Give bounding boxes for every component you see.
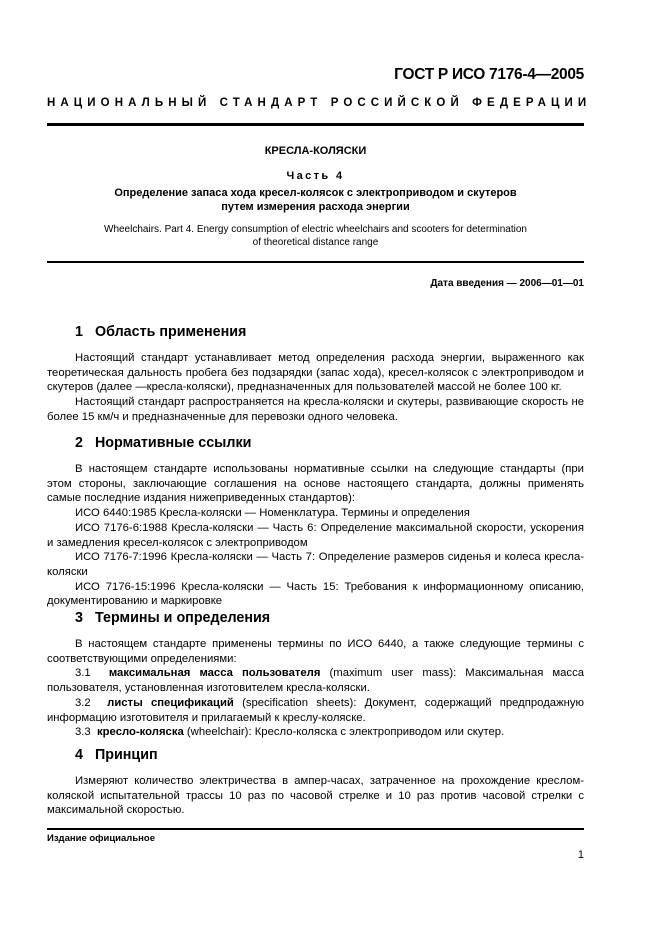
section-number: 2 <box>75 435 91 451</box>
national-standard-heading: НАЦИОНАЛЬНЫЙ СТАНДАРТ РОССИЙСКОЙ ФЕДЕРАЦ… <box>47 97 584 109</box>
section-body: В настоящем стандарте применены термины … <box>47 637 584 740</box>
term-definition: 3.3 кресло-коляска (wheelchair): Кресло-… <box>47 725 584 740</box>
section-number: 1 <box>75 324 91 340</box>
paragraph: В настоящем стандарте применены термины … <box>47 637 584 666</box>
reference-item: ИСО 7176-15:1996 Кресла-коляски — Часть … <box>47 580 584 609</box>
part-label: Часть 4 <box>47 170 584 182</box>
subtitle-line: путем измерения расхода энергии <box>47 200 584 214</box>
term-text: : Кресло-коляска с электроприводом или с… <box>248 726 504 738</box>
document-code: ГОСТ Р ИСО 7176-4—2005 <box>394 66 584 84</box>
term-name: максимальная масса пользователя <box>109 667 321 679</box>
section-body: В настоящем стандарте использованы норма… <box>47 462 584 609</box>
section-number: 4 <box>75 747 91 763</box>
document-title: КРЕСЛА-КОЛЯСКИ <box>47 145 584 157</box>
top-rule <box>47 123 584 126</box>
term-name: листы спецификаций <box>107 697 234 709</box>
page-number: 1 <box>578 849 584 861</box>
section-heading: 4 Принцип <box>75 747 158 763</box>
reference-item: ИСО 7176-7:1996 Кресла-коляски — Часть 7… <box>47 550 584 579</box>
effective-date: Дата введения — 2006—01—01 <box>430 278 584 289</box>
edition-label: Издание официальное <box>47 833 155 844</box>
english-title-line: Wheelchairs. Part 4. Energy consumption … <box>47 224 584 237</box>
section-title: Область применения <box>95 324 246 340</box>
term-english: (maximum user mass) <box>330 667 454 679</box>
term-name: кресло-коляска <box>97 726 184 738</box>
section-title: Термины и определения <box>95 610 270 626</box>
title-rule <box>47 261 584 263</box>
term-number: 3.3 <box>75 726 91 738</box>
term-english: (wheelchair) <box>187 726 249 738</box>
english-title: Wheelchairs. Part 4. Energy consumption … <box>47 224 584 249</box>
section-body: Настоящий стандарт устанавливает метод о… <box>47 351 584 425</box>
section-heading: 1 Область применения <box>75 324 246 340</box>
document-subtitle: Определение запаса хода кресел-колясок с… <box>47 186 584 214</box>
section-number: 3 <box>75 610 91 626</box>
section-title: Принцип <box>95 747 158 763</box>
subtitle-line: Определение запаса хода кресел-колясок с… <box>47 186 584 200</box>
section-title: Нормативные ссылки <box>95 435 251 451</box>
term-definition: 3.1 максимальная масса пользователя (max… <box>47 666 584 695</box>
footer-rule <box>47 828 584 830</box>
section-body: Измеряют количество электричества в ампе… <box>47 774 584 818</box>
term-english: (specification sheets) <box>242 697 353 709</box>
section-heading: 3 Термины и определения <box>75 610 270 626</box>
reference-item: ИСО 7176-6:1988 Кресла-коляски — Часть 6… <box>47 521 584 550</box>
paragraph: Настоящий стандарт устанавливает метод о… <box>47 351 584 395</box>
paragraph: Настоящий стандарт распространяется на к… <box>47 395 584 424</box>
english-title-line: of theoretical distance range <box>47 237 584 250</box>
paragraph: Измеряют количество электричества в ампе… <box>47 774 584 818</box>
term-number: 3.2 <box>75 697 91 709</box>
paragraph: В настоящем стандарте использованы норма… <box>47 462 584 506</box>
section-heading: 2 Нормативные ссылки <box>75 435 251 451</box>
term-number: 3.1 <box>75 667 91 679</box>
term-definition: 3.2 листы спецификаций (specification sh… <box>47 696 584 725</box>
reference-item: ИСО 6440:1985 Кресла-коляски — Номенклат… <box>47 506 584 521</box>
